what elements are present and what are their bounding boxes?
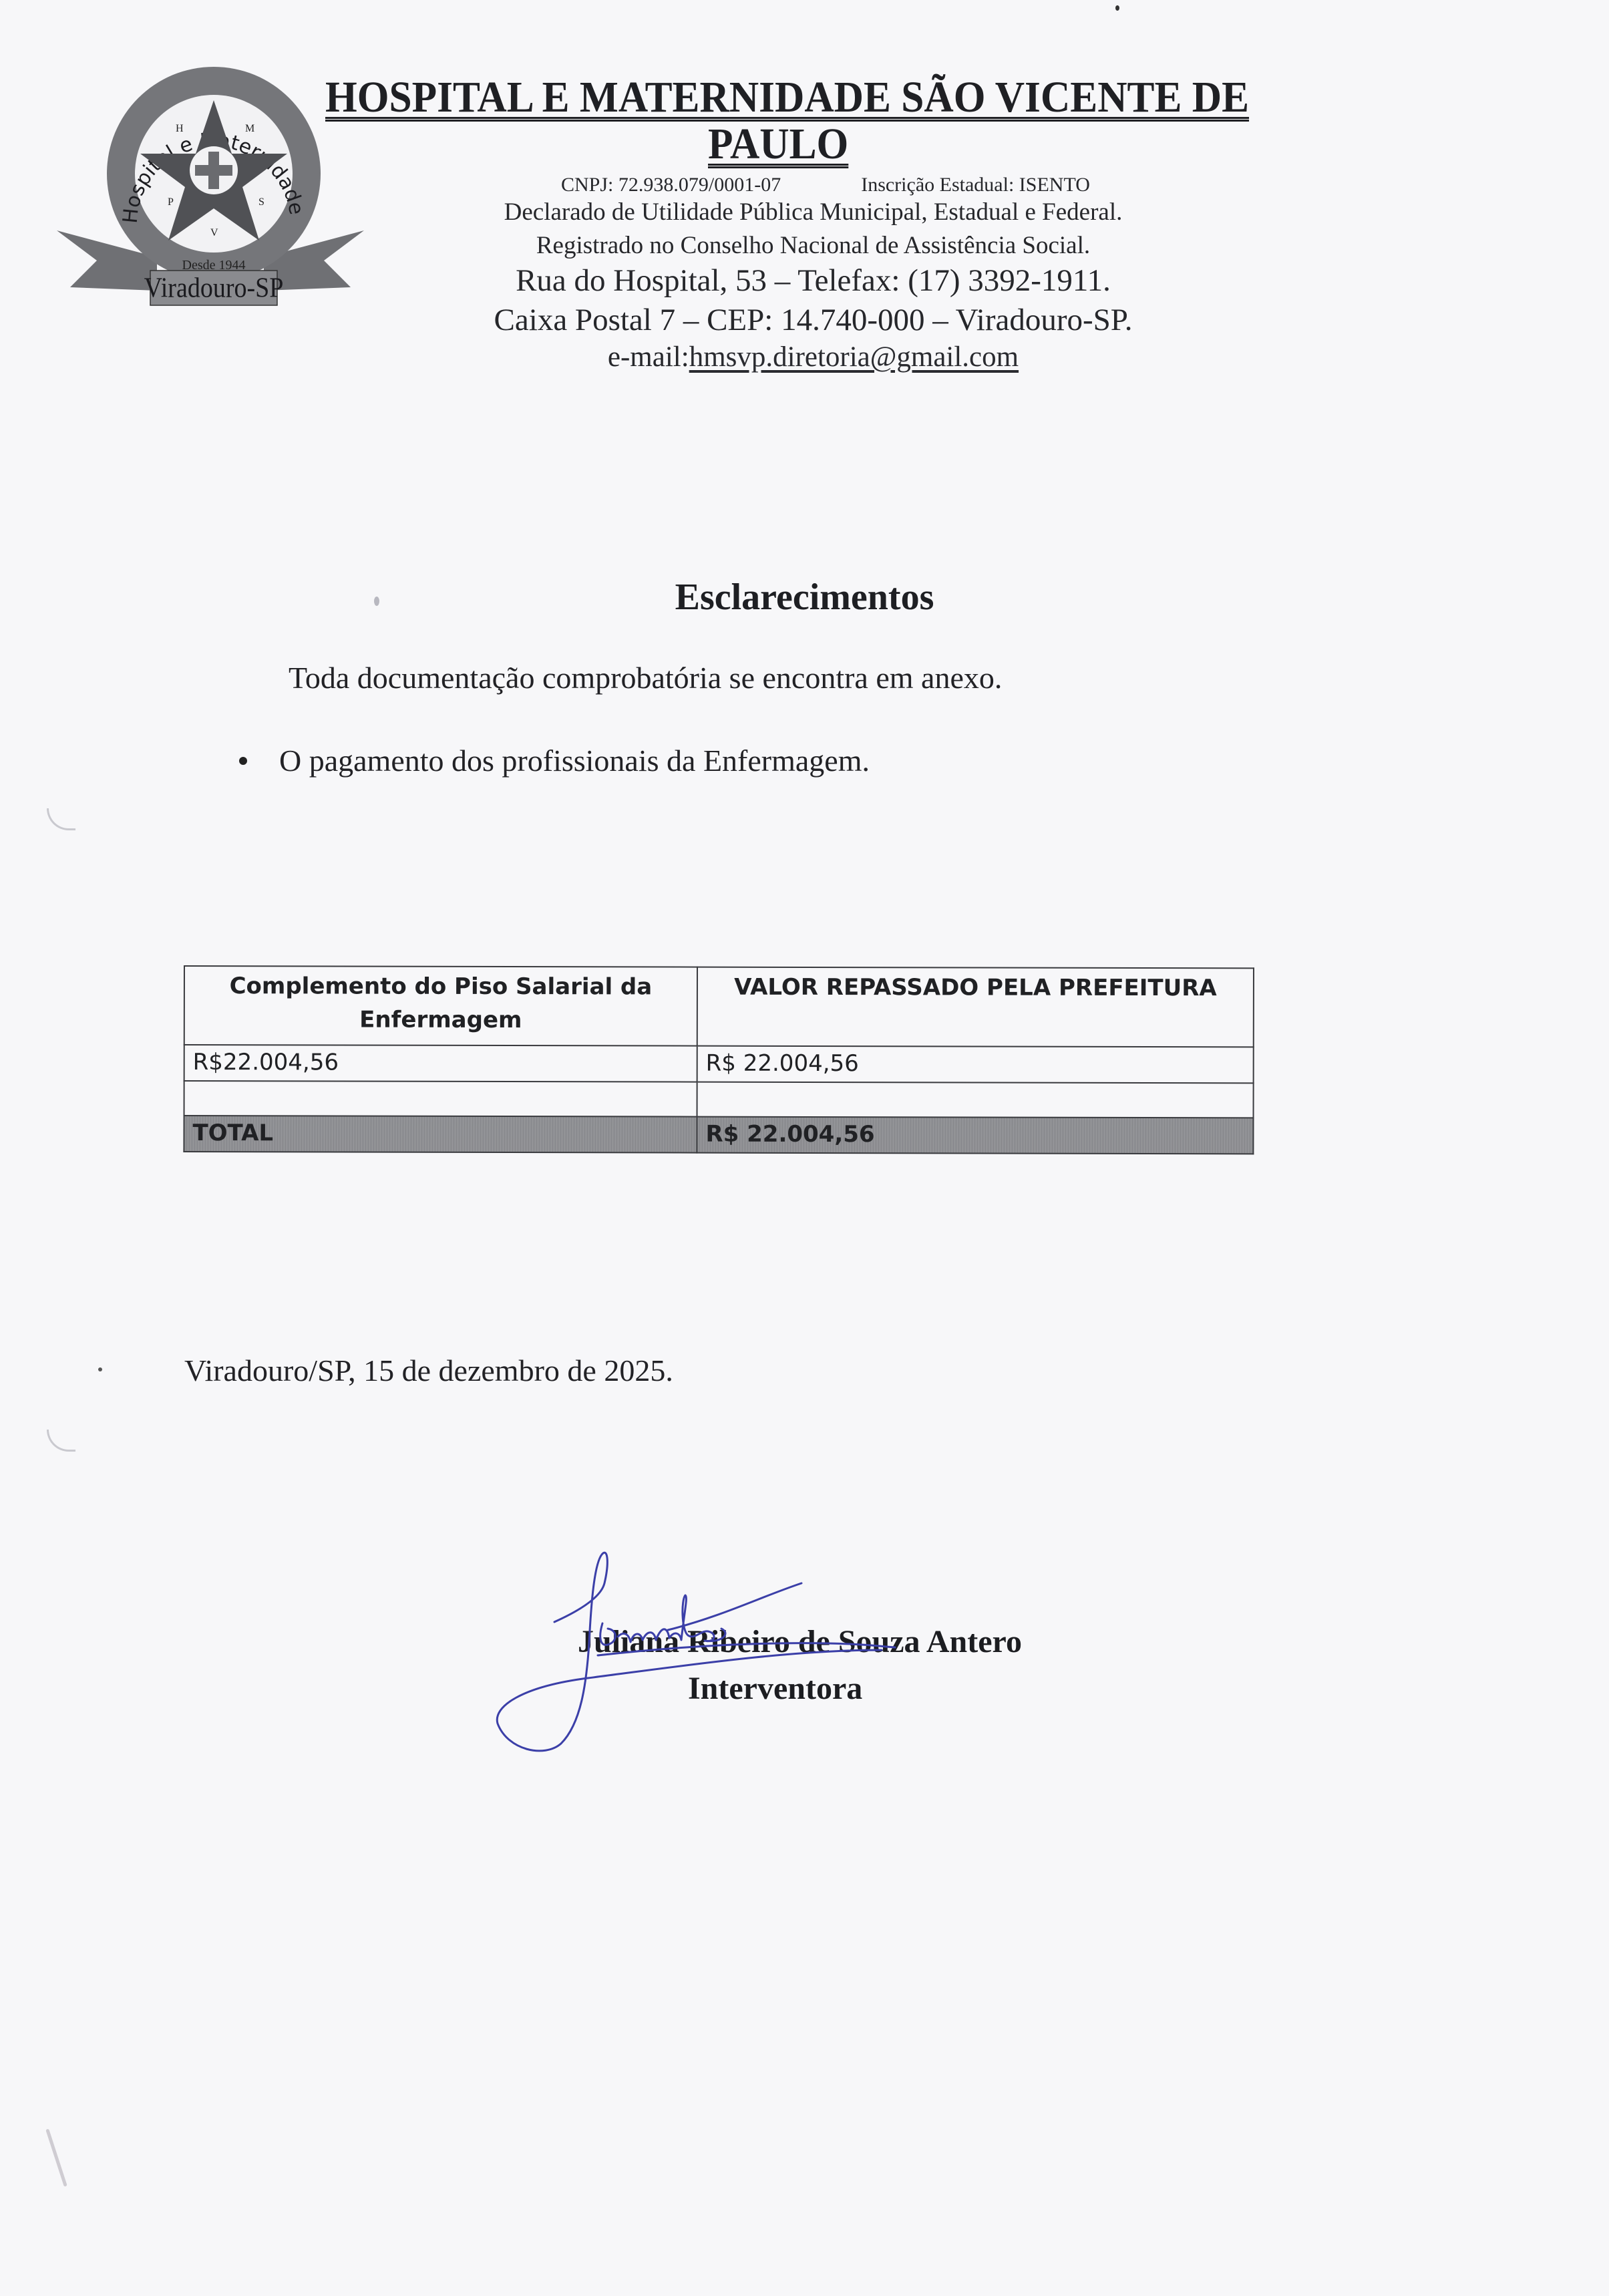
postal-text: Caixa Postal 7 – CEP: 14.740-000 – Virad…: [0, 302, 1609, 338]
signer-role: Interventora: [688, 1670, 862, 1707]
bullet-icon: [239, 757, 247, 765]
total-value: R$ 22.004,56: [697, 1117, 1253, 1154]
intro-text: Toda documentação comprobatória se encon…: [289, 660, 1002, 695]
total-label: TOTAL: [184, 1116, 697, 1153]
table-header-row: Complemento do Piso Salarial da Enfermag…: [184, 966, 1254, 1047]
cell-repasse-value: R$ 22.004,56: [697, 1046, 1254, 1084]
bullet-list-item: O pagamento dos profissionais da Enferma…: [239, 743, 870, 778]
punch-hole-mark: [47, 1430, 75, 1452]
address-text: Rua do Hospital, 53 – Telefax: (17) 3392…: [0, 263, 1609, 299]
hospital-name-line-2: PAULO: [708, 119, 848, 170]
section-title: Esclarecimentos: [0, 576, 1609, 619]
values-table: Complemento do Piso Salarial da Enfermag…: [183, 965, 1254, 1154]
punch-hole-mark: [47, 808, 75, 830]
email-line: e-mail:hmsvp.diretoria@gmail.com: [0, 341, 1609, 373]
table-row: R$22.004,56 R$ 22.004,56: [184, 1045, 1254, 1083]
registry-line: CNPJ: 72.938.079/0001-07Inscrição Estadu…: [561, 174, 1090, 196]
cell-empty: [697, 1082, 1254, 1118]
scan-mark: [98, 1367, 102, 1371]
bullet-text: O pagamento dos profissionais da Enferma…: [279, 744, 870, 778]
cell-piso-value: R$22.004,56: [184, 1045, 697, 1082]
inscricao-text: Inscrição Estadual: ISENTO: [861, 174, 1090, 196]
scan-speck: [374, 597, 379, 606]
svg-text:H: H: [176, 123, 184, 134]
registration-text: Registrado no Conselho Nacional de Assis…: [0, 231, 1609, 260]
signer-name: Juliana Ribeiro de Souza Antero: [578, 1623, 1022, 1660]
hospital-name-line-1: HOSPITAL E MATERNIDADE SÃO VICENTE DE: [325, 72, 1249, 123]
table-row-empty: [184, 1081, 1254, 1118]
cnpj-text: CNPJ: 72.938.079/0001-07: [561, 174, 781, 196]
email-link[interactable]: hmsvp.diretoria@gmail.com: [689, 341, 1019, 373]
scan-speck: [45, 2128, 67, 2186]
svg-text:M: M: [245, 123, 254, 134]
header-valor-repassado: VALOR REPASSADO PELA PREFEITURA: [697, 967, 1254, 1047]
declaration-text: Declarado de Utilidade Pública Municipal…: [0, 198, 1609, 226]
table-total-row: TOTAL R$ 22.004,56: [184, 1116, 1253, 1154]
email-label: e-mail:: [608, 341, 689, 373]
place-date: Viradouro/SP, 15 de dezembro de 2025.: [184, 1353, 673, 1388]
cell-empty: [184, 1081, 697, 1117]
header-piso-salarial: Complemento do Piso Salarial da Enfermag…: [184, 966, 697, 1046]
scan-speck: [1115, 5, 1119, 11]
